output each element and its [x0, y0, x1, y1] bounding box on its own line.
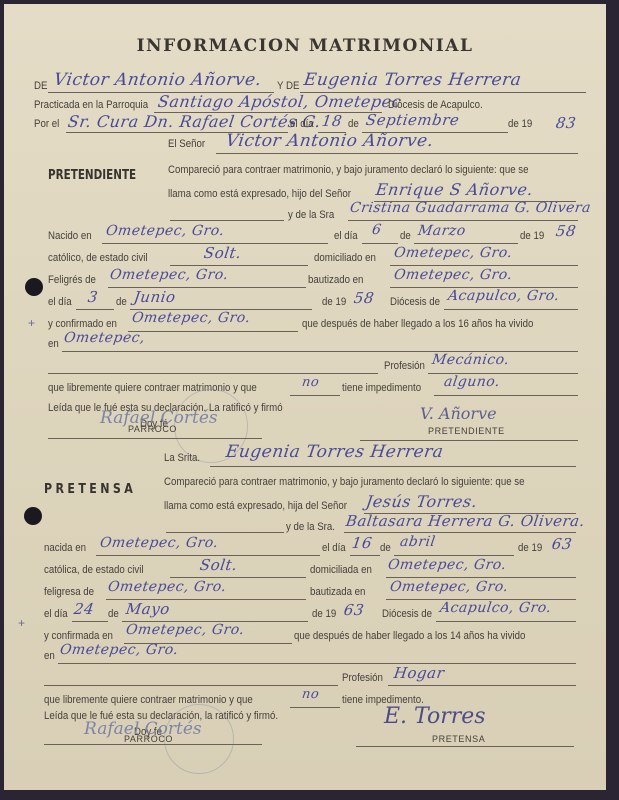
priest-field[interactable]: Sr. Cura Dn. Rafael Cortés G. [67, 112, 322, 131]
de-label-bride: de [380, 542, 391, 554]
parroquia-label: Practicada en la Parroquia [34, 99, 148, 111]
confirmada-label: y confirmada en [44, 630, 113, 642]
domiciliado-label: domiciliado en [314, 252, 376, 264]
groom-birth-month-field[interactable]: Marzo [417, 223, 467, 239]
groom-impediment-detail-field[interactable]: alguno. [443, 374, 501, 390]
por-el-label: Por el [34, 118, 59, 130]
bride-birth-year-field[interactable]: 63 [551, 535, 574, 553]
bride-lived-in-field[interactable]: Ometepec, Gro. [59, 642, 180, 658]
pretensa-signature: E. Torres [384, 704, 486, 729]
groom-birthplace-field[interactable]: Ometepec, Gro. [105, 223, 226, 239]
groom-lived-in-field[interactable]: Ometepec, [63, 330, 146, 346]
catolico-label: católico, de estado civil [48, 252, 148, 264]
de-19-label-groom: de 19 [520, 230, 544, 242]
groom-confirmed-in-field[interactable]: Ometepec, Gro. [131, 310, 252, 326]
libremente-text-bride: que libremente quiere contraer matrimoni… [44, 694, 253, 706]
pretendiente-section-label: PRETENDIENTE [48, 168, 136, 183]
bride-birth-day-field[interactable]: 16 [351, 534, 374, 552]
bride-birthplace-field[interactable]: Ometepec, Gro. [99, 535, 220, 551]
bride-name-field[interactable]: Eugenia Torres Herrera [303, 70, 523, 90]
diocesis-label-groom: Diócesis de [390, 296, 440, 308]
bride-confirmed-in-field[interactable]: Ometepec, Gro. [125, 622, 246, 638]
marriage-information-form: INFORMACION MATRIMONIAL DE Victor Antoni… [4, 4, 606, 790]
nacida-label: nacida en [44, 542, 86, 554]
el-dia-label-groom-baptism: el día [48, 296, 72, 308]
de-label: DE [34, 80, 47, 92]
bautizado-label: bautizado en [308, 274, 363, 286]
month-field[interactable]: Septiembre [365, 111, 461, 129]
groom-birth-year-field[interactable]: 58 [555, 222, 578, 240]
de-label-groom-baptism: de [116, 296, 127, 308]
catolica-label: católica, de estado civil [44, 564, 144, 576]
el-dia-label-bride-baptism: el día [44, 608, 68, 620]
groom-name-repeat-field[interactable]: Victor Antonio Añorve. [225, 131, 435, 151]
el-dia-label: el día [290, 118, 314, 130]
punch-hole-top [25, 278, 43, 296]
groom-baptism-day-field[interactable]: 3 [87, 288, 100, 306]
bride-name-repeat-field[interactable]: Eugenia Torres Herrera [225, 442, 445, 462]
el-dia-label-bride: el día [322, 542, 346, 554]
srita-label: La Srita. [164, 452, 200, 464]
tiene-text-groom: tiene impedimento [342, 382, 421, 394]
margin-mark-2: + [18, 616, 25, 630]
groom-name-field[interactable]: Victor Antonio Añorve. [53, 70, 263, 90]
groom-baptized-in-field[interactable]: Ometepec, Gro. [393, 267, 514, 283]
de-19-label-bride: de 19 [518, 542, 542, 554]
groom-civil-status-field[interactable]: Solt. [203, 244, 243, 262]
bride-father-field[interactable]: Jesús Torres. [365, 492, 479, 511]
form-title: INFORMACION MATRIMONIAL [4, 36, 606, 56]
bride-feligres-field[interactable]: Ometepec, Gro. [107, 579, 228, 595]
de-label-2: de [348, 118, 359, 130]
de-19-label-bride-baptism: de 19 [312, 608, 336, 620]
diocesis-acapulco-label: Diócesis de Acapulco. [388, 99, 483, 111]
el-dia-label-groom: el día [334, 230, 358, 242]
year-field[interactable]: 83 [555, 114, 578, 132]
bride-baptism-month-field[interactable]: Mayo [125, 600, 171, 618]
el-senor-label: El Señor [168, 138, 205, 150]
bride-baptism-diocese-field[interactable]: Acapulco, Gro. [439, 600, 553, 616]
punch-hole-bottom [24, 507, 42, 525]
profesion-label-groom: Profesión [384, 360, 425, 372]
groom-feligres-field[interactable]: Ometepec, Gro. [109, 267, 230, 283]
despues-text-bride: que después de haber llegado a los 14 añ… [294, 630, 525, 642]
bautizada-label: bautizada en [310, 586, 365, 598]
de-label-bride-baptism: de [108, 608, 119, 620]
groom-domicile-field[interactable]: Ometepec, Gro. [393, 245, 514, 261]
bride-baptism-day-field[interactable]: 24 [73, 600, 96, 618]
confirmado-label: y confirmado en [48, 318, 117, 330]
bride-civil-status-field[interactable]: Solt. [199, 556, 239, 574]
domiciliada-label: domiciliada en [310, 564, 372, 576]
pretendiente-label: PRETENDIENTE [428, 426, 505, 436]
groom-baptism-diocese-field[interactable]: Acapulco, Gro. [447, 288, 561, 304]
day-field[interactable]: 18 [321, 112, 344, 130]
de-19-label: de 19 [508, 118, 532, 130]
comparecio-text-bride: Compareció para contraer matrimonio, y b… [164, 476, 525, 488]
parroco-label-groom: PARROCO [128, 424, 177, 434]
de-19-label-groom-baptism: de 19 [322, 296, 346, 308]
groom-father-field[interactable]: Enrique S Añorve. [375, 180, 535, 199]
y-de-label: Y DE [277, 80, 299, 92]
parish-seal-stamp-2 [164, 704, 234, 774]
parroco-label-bride: PARROCO [124, 734, 173, 744]
bride-baptism-year-field[interactable]: 63 [343, 601, 366, 619]
profesion-label-bride: Profesión [342, 672, 383, 684]
feligresa-label: feligresa de [44, 586, 94, 598]
groom-birth-day-field[interactable]: 6 [371, 222, 383, 238]
diocesis-label-bride: Diócesis de [382, 608, 432, 620]
groom-mother-field[interactable]: Cristina Guadarrama G. Olivera [349, 200, 592, 216]
margin-mark: + [28, 316, 35, 330]
en-label-groom: en [48, 338, 59, 350]
pretensa-label: PRETENSA [432, 734, 485, 744]
despues-text-groom: que después de haber llegado a los 16 añ… [302, 318, 533, 330]
de-label-groom: de [400, 230, 411, 242]
pretendiente-signature: V. Añorve [420, 404, 497, 423]
feligres-label: Feligrés de [48, 274, 96, 286]
nacido-label: Nacido en [48, 230, 92, 242]
llama-text: llama como está expresado, hijo del Seño… [168, 188, 351, 200]
bride-domicile-field[interactable]: Ometepec, Gro. [387, 557, 508, 573]
bride-mother-field[interactable]: Baltasara Herrera G. Olivera. [345, 512, 586, 530]
comparecio-text: Compareció para contraer matrimonio, y b… [168, 164, 529, 176]
bride-profession-field[interactable]: Hogar [393, 664, 446, 682]
groom-baptism-month-field[interactable]: Junio [133, 288, 177, 306]
llama-text-bride: llama como está expresado, hija del Seño… [164, 500, 347, 512]
bride-impediment-word-field[interactable]: no [301, 687, 320, 702]
parroquia-field[interactable]: Santiago Apóstol, Ometepec [157, 92, 403, 111]
groom-baptism-year-field[interactable]: 58 [353, 289, 376, 307]
en-label-bride: en [44, 650, 55, 662]
groom-impediment-word-field[interactable]: no [301, 375, 320, 390]
pretensa-section-label: PRETENSA [44, 482, 136, 497]
bride-birth-month-field[interactable]: abril [399, 534, 437, 550]
y-de-la-sra-label-bride: y de la Sra. [286, 521, 335, 533]
y-de-la-sra-label: y de la Sra [288, 209, 334, 221]
groom-profession-field[interactable]: Mecánico. [431, 352, 511, 368]
bride-baptized-in-field[interactable]: Ometepec, Gro. [389, 579, 510, 595]
